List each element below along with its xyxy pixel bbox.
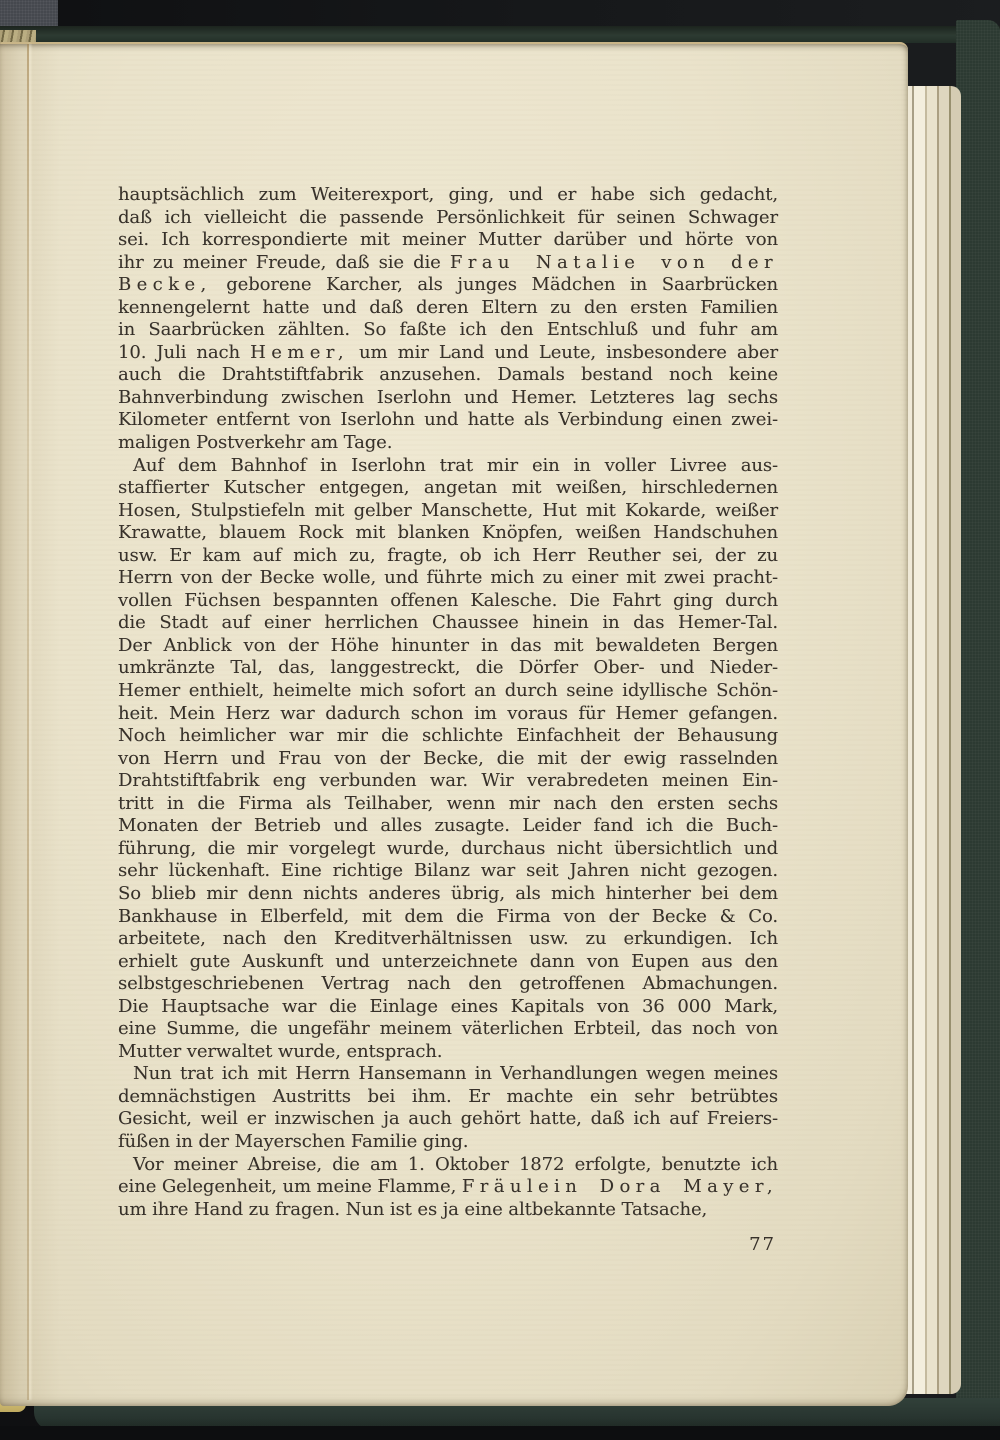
text-line: maligen Postverkehr am Tage. — [118, 432, 778, 455]
text-segment: Die Hauptsache war die Einlage eines Kap… — [118, 996, 778, 1017]
text-line: ihr zu meiner Freude, daß sie die Frau N… — [118, 252, 778, 275]
text-segment: um ihre Hand zu fragen. Nun ist es ja ei… — [118, 1199, 707, 1220]
paragraph: hauptsächlich zum Weiterexport, ging, un… — [118, 184, 778, 455]
text-line: um ihre Hand zu fragen. Nun ist es ja ei… — [118, 1199, 778, 1222]
text-line: eine Summe, die ungefähr meinem väterlic… — [118, 1018, 778, 1041]
page-stack-edges — [903, 86, 961, 1394]
text-line: arbeitete, nach den Kreditverhältnissen … — [118, 928, 778, 951]
text-line: Hosen, Stulpstiefeln mit gelber Manschet… — [118, 500, 778, 523]
text-segment: Hemer enthielt, heimelte mich sofort an … — [118, 680, 778, 701]
text-line: vollen Füchsen bespannten offenen Kalesc… — [118, 590, 778, 613]
text-segment: Vor meiner Abreise, die am 1. Oktober 18… — [133, 1154, 778, 1175]
text-line: Monaten der Betrieb und alles zusagte. L… — [118, 815, 778, 838]
text-line: usw. Er kam auf mich zu, fragte, ob ich … — [118, 545, 778, 568]
text-line: Becke, geborene Karcher, als junges Mädc… — [118, 274, 778, 297]
text-segment: Krawatte, blauem Rock mit blanken Knöpfe… — [118, 522, 778, 543]
text-line: Herrn von der Becke wolle, und führte mi… — [118, 567, 778, 590]
letterspaced-name: Hemer, — [250, 342, 349, 363]
text-segment: von Herrn und Frau von der Becke, die mi… — [118, 748, 778, 769]
text-line: Krawatte, blauem Rock mit blanken Knöpfe… — [118, 522, 778, 545]
text-segment: sehr lückenhaft. Eine richtige Bilanz wa… — [118, 860, 778, 881]
text-line: Auf dem Bahnhof in Iserlohn trat mir ein… — [118, 455, 778, 478]
scanned-book-photo: hauptsächlich zum Weiterexport, ging, un… — [0, 0, 1000, 1440]
text-line: Noch heimlicher war mir die schlichte Ei… — [118, 725, 778, 748]
paragraph: Auf dem Bahnhof in Iserlohn trat mir ein… — [118, 455, 778, 1064]
text-segment: eine Gelegenheit, um meine Flamme, — [118, 1176, 462, 1197]
paragraph: Nun trat ich mit Herrn Hansemann in Verh… — [118, 1063, 778, 1153]
text-line: Kilometer entfernt von Iserlohn und hatt… — [118, 409, 778, 432]
text-segment: um mir Land und Leute, insbesondere aber — [349, 342, 778, 363]
text-line: füßen in der Mayerschen Familie ging. — [118, 1131, 778, 1154]
text-line: umkränzte Tal, das, langgestreckt, die D… — [118, 657, 778, 680]
text-line: kennengelernt hatte und daß deren Eltern… — [118, 297, 778, 320]
text-line: So blieb mir denn nichts anderes übrig, … — [118, 883, 778, 906]
text-line: Gesicht, weil er inzwischen ja auch gehö… — [118, 1108, 778, 1131]
text-segment: arbeitete, nach den Kreditverhältnissen … — [118, 928, 778, 949]
text-segment: selbstgeschriebenen Vertrag nach den get… — [118, 973, 778, 994]
book-cover-top-edge — [0, 26, 1000, 43]
text-segment: geborene Karcher, als junges Mädchen in … — [212, 274, 778, 295]
letterspaced-name: Fräulein Dora Mayer, — [462, 1176, 778, 1197]
text-segment: sei. Ich korrespondierte mit meiner Mutt… — [118, 229, 778, 250]
text-line: Die Hauptsache war die Einlage eines Kap… — [118, 996, 778, 1019]
text-segment: eine Summe, die ungefähr meinem väterlic… — [118, 1018, 778, 1039]
text-segment: Monaten der Betrieb und alles zusagte. L… — [118, 815, 778, 836]
text-segment: in Saarbrücken zählten. So faßte ich den… — [118, 319, 778, 340]
text-segment: staffierter Kutscher entgegen, angetan m… — [118, 477, 778, 498]
letterspaced-name: Becke, — [118, 274, 212, 295]
text-segment: usw. Er kam auf mich zu, fragte, ob ich … — [118, 545, 778, 566]
text-segment: 10. Juli nach — [118, 342, 250, 363]
text-segment: heit. Mein Herz war dadurch schon im vor… — [118, 703, 778, 724]
text-segment: die Stadt auf einer herrlichen Chaussee … — [118, 612, 778, 633]
text-line: tritt in die Firma als Teilhaber, wenn m… — [118, 793, 778, 816]
text-line: Bahnverbindung zwischen Iserlohn und Hem… — [118, 387, 778, 410]
text-segment: demnächstigen Austritts bei ihm. Er mach… — [118, 1086, 778, 1107]
text-line: auch die Drahtstiftfabrik anzusehen. Dam… — [118, 364, 778, 387]
text-segment: Kilometer entfernt von Iserlohn und hatt… — [118, 409, 778, 430]
text-segment: tritt in die Firma als Teilhaber, wenn m… — [118, 793, 778, 814]
text-line: demnächstigen Austritts bei ihm. Er mach… — [118, 1086, 778, 1109]
text-line: Hemer enthielt, heimelte mich sofort an … — [118, 680, 778, 703]
text-segment: kennengelernt hatte und daß deren Eltern… — [118, 297, 778, 318]
paragraph: Vor meiner Abreise, die am 1. Oktober 18… — [118, 1154, 778, 1222]
text-line: in Saarbrücken zählten. So faßte ich den… — [118, 319, 778, 342]
text-segment: hauptsächlich zum Weiterexport, ging, un… — [118, 184, 778, 205]
page-text: hauptsächlich zum Weiterexport, ging, un… — [118, 184, 778, 1257]
text-segment: Mutter verwaltet wurde, entsprach. — [118, 1041, 442, 1062]
text-segment: Herrn von der Becke wolle, und führte mi… — [118, 567, 778, 588]
text-segment: Gesicht, weil er inzwischen ja auch gehö… — [118, 1108, 778, 1129]
text-segment: Drahtstiftfabrik eng verbunden war. Wir … — [118, 770, 778, 791]
text-segment: So blieb mir denn nichts anderes übrig, … — [118, 883, 778, 904]
text-segment: erhielt gute Auskunft und unterzeichnete… — [118, 951, 778, 972]
text-segment: vollen Füchsen bespannten offenen Kalesc… — [118, 590, 778, 611]
text-line: die Stadt auf einer herrlichen Chaussee … — [118, 612, 778, 635]
text-line: heit. Mein Herz war dadurch schon im vor… — [118, 703, 778, 726]
text-line: Der Anblick von der Höhe hinunter in das… — [118, 635, 778, 658]
letterspaced-name: Frau Natalie von der — [450, 252, 778, 273]
page-number: 77 — [118, 1234, 778, 1257]
text-segment: umkränzte Tal, das, langgestreckt, die D… — [118, 657, 778, 678]
text-segment: Der Anblick von der Höhe hinunter in das… — [118, 635, 778, 656]
gutter-crease — [27, 44, 29, 1400]
text-line: Mutter verwaltet wurde, entsprach. — [118, 1041, 778, 1064]
text-segment: Nun trat ich mit Herrn Hansemann in Verh… — [133, 1063, 778, 1084]
background-shadow — [0, 1426, 1000, 1440]
text-line: sehr lückenhaft. Eine richtige Bilanz wa… — [118, 860, 778, 883]
text-segment: ihr zu meiner Freude, daß sie die — [118, 252, 450, 273]
text-line: Nun trat ich mit Herrn Hansemann in Verh… — [118, 1063, 778, 1086]
text-segment: Bahnverbindung zwischen Iserlohn und Hem… — [118, 387, 778, 408]
text-segment: Hosen, Stulpstiefeln mit gelber Manschet… — [118, 500, 778, 521]
text-line: eine Gelegenheit, um meine Flamme, Fräul… — [118, 1176, 778, 1199]
text-line: von Herrn und Frau von der Becke, die mi… — [118, 748, 778, 771]
text-segment: auch die Drahtstiftfabrik anzusehen. Dam… — [118, 364, 778, 385]
text-segment: Noch heimlicher war mir die schlichte Ei… — [118, 725, 778, 746]
text-line: staffierter Kutscher entgegen, angetan m… — [118, 477, 778, 500]
text-line: daß ich vielleicht die passende Persönli… — [118, 207, 778, 230]
text-segment: daß ich vielleicht die passende Persönli… — [118, 207, 778, 228]
text-segment: führung, die mir vorgelegt wurde, durcha… — [118, 838, 778, 859]
text-line: erhielt gute Auskunft und unterzeichnete… — [118, 951, 778, 974]
text-segment: füßen in der Mayerschen Familie ging. — [118, 1131, 468, 1152]
text-segment: Auf dem Bahnhof in Iserlohn trat mir ein… — [133, 455, 778, 476]
book-cover-right-edge — [956, 20, 1000, 1432]
text-line: Drahtstiftfabrik eng verbunden war. Wir … — [118, 770, 778, 793]
text-line: Bankhause in Elberfeld, mit dem die Firm… — [118, 906, 778, 929]
text-line: hauptsächlich zum Weiterexport, ging, un… — [118, 184, 778, 207]
text-segment: Bankhause in Elberfeld, mit dem die Firm… — [118, 906, 778, 927]
text-segment: maligen Postverkehr am Tage. — [118, 432, 392, 453]
text-line: 10. Juli nach Hemer, um mir Land und Leu… — [118, 342, 778, 365]
text-line: Vor meiner Abreise, die am 1. Oktober 18… — [118, 1154, 778, 1177]
text-line: führung, die mir vorgelegt wurde, durcha… — [118, 838, 778, 861]
text-line: sei. Ich korrespondierte mit meiner Mutt… — [118, 229, 778, 252]
text-line: selbstgeschriebenen Vertrag nach den get… — [118, 973, 778, 996]
